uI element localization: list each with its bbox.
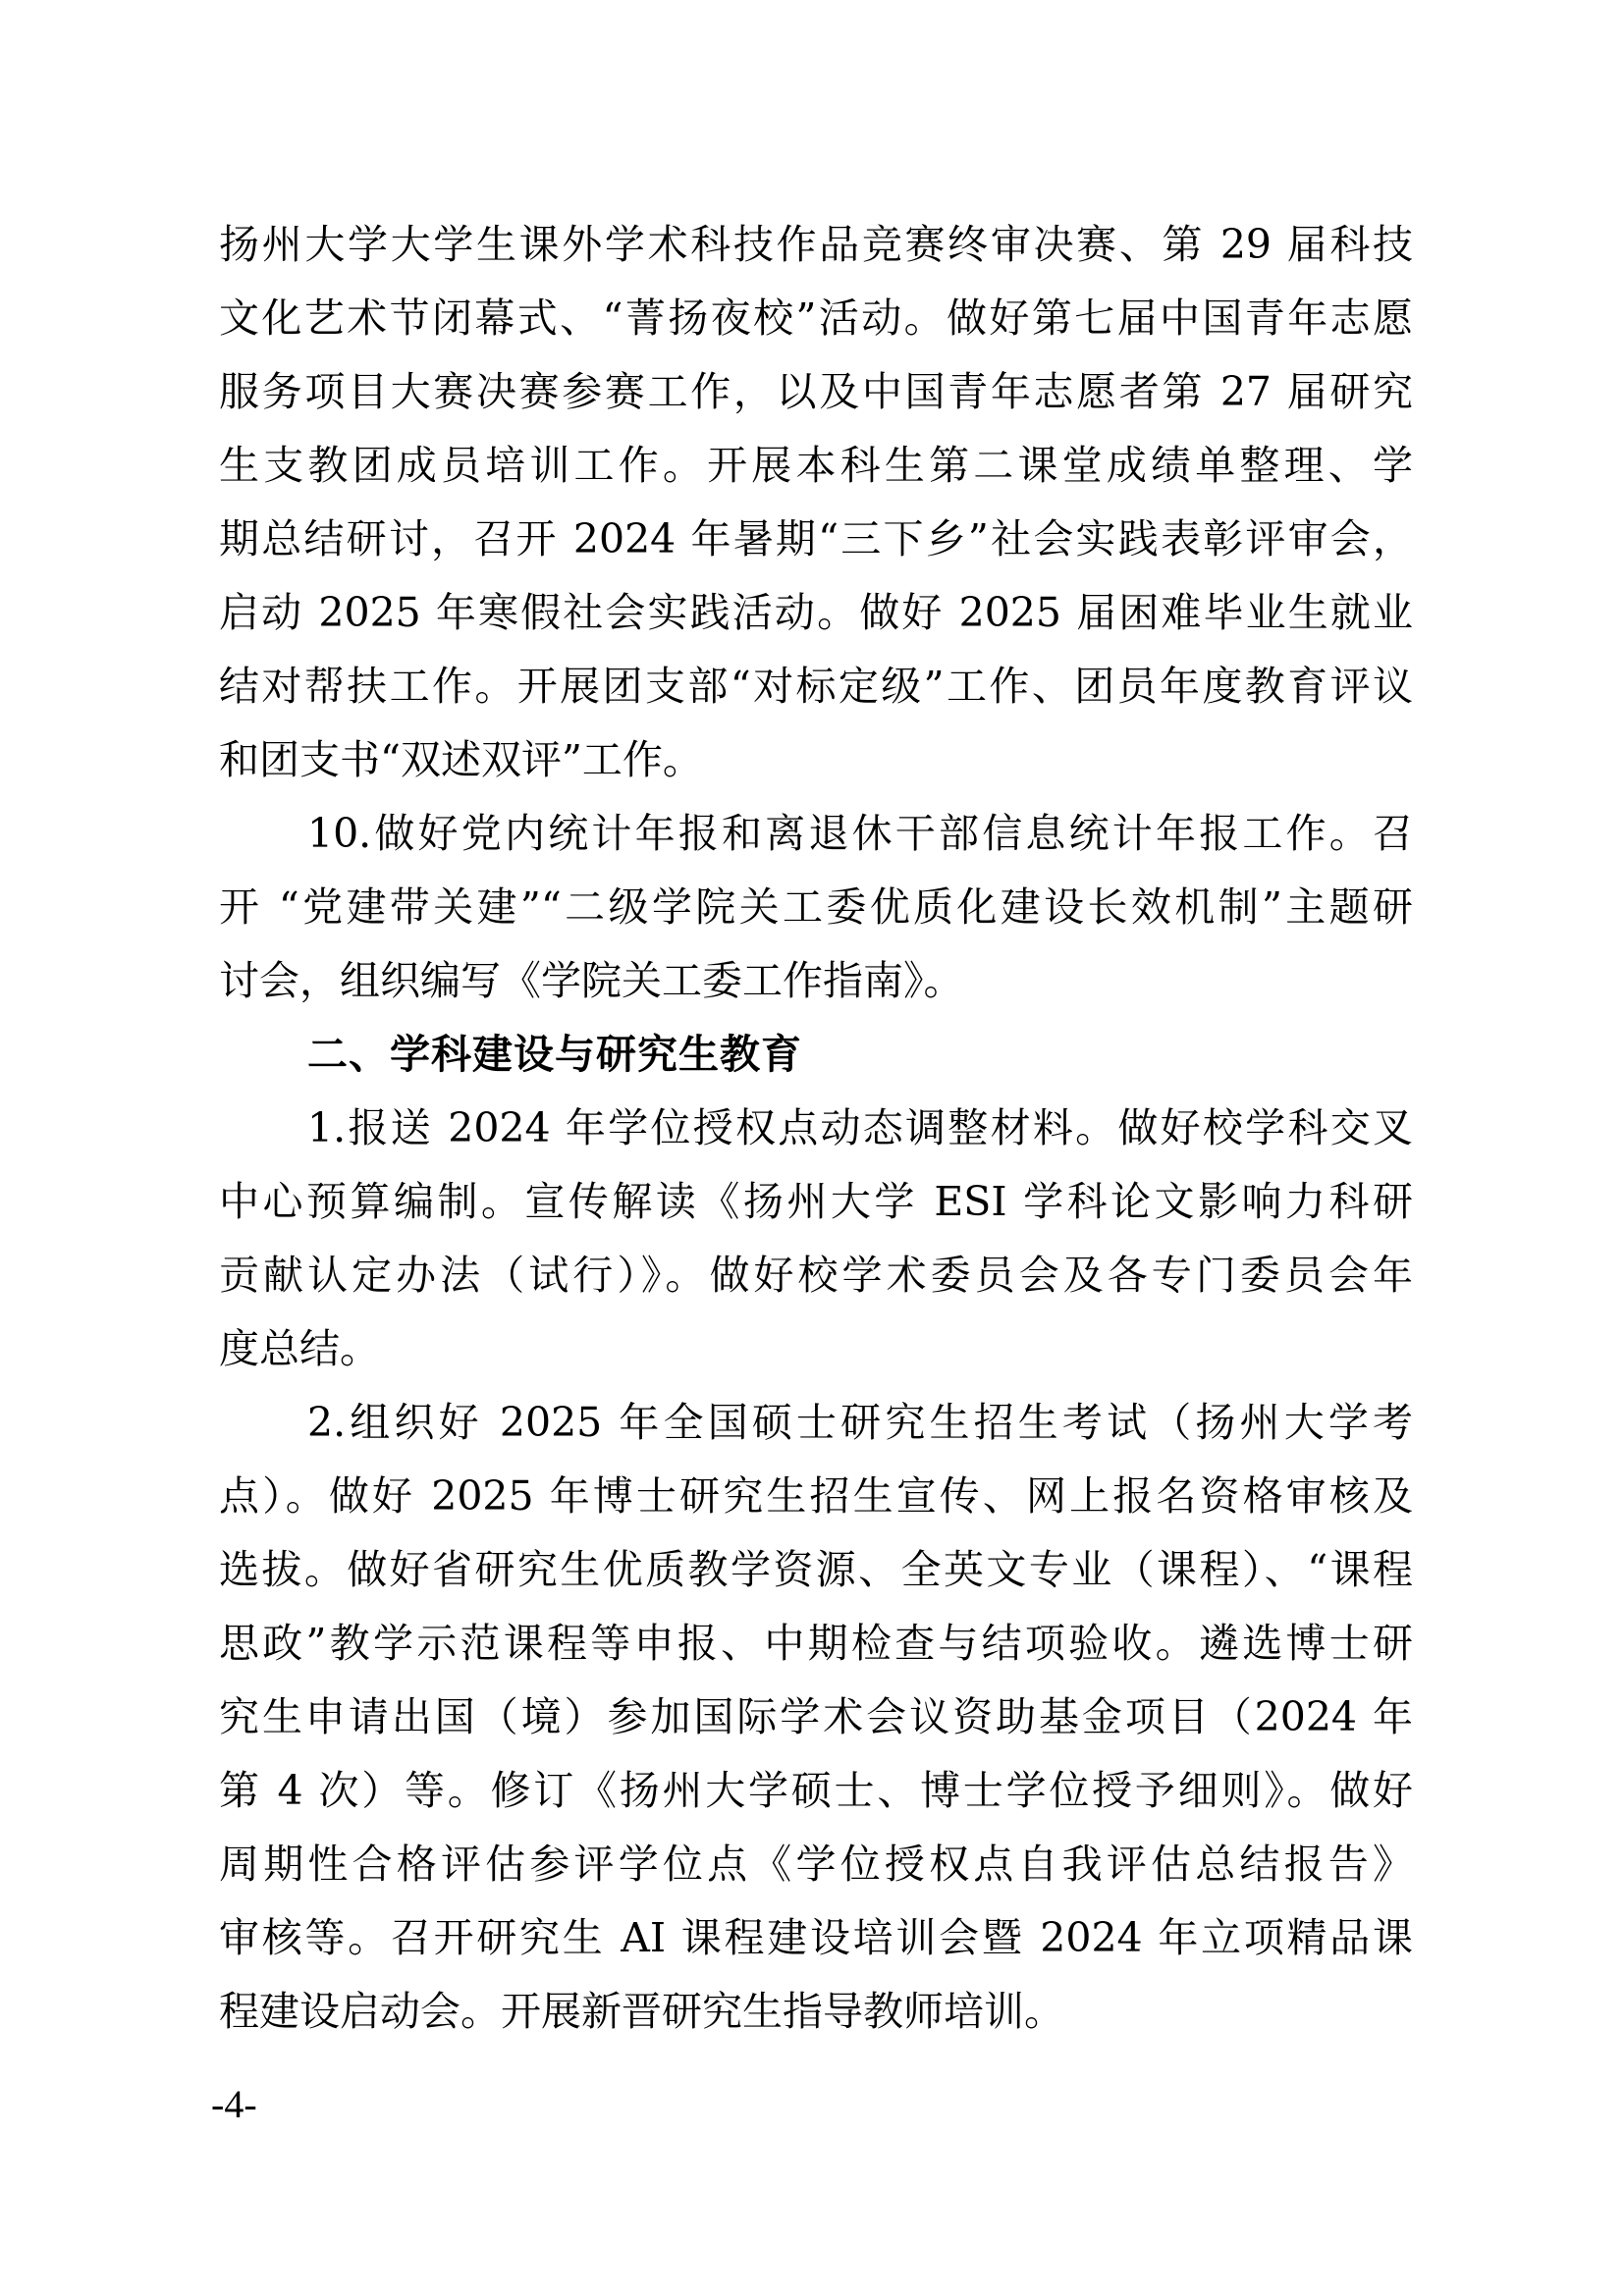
text-line: 和团支书“双述双评”工作。 <box>219 730 703 789</box>
text-line: 程建设启动会。开展新晋研究生指导教师培训。 <box>219 1982 1064 2041</box>
text-line: 1.报送 2024 年学位授权点动态调整材料。做好校学科交叉 <box>307 1098 1413 1157</box>
text-line: 度总结。 <box>219 1319 380 1378</box>
text-line: 思政”教学示范课程等申报、中期检查与结项验收。遴选博士研 <box>219 1614 1413 1673</box>
text-line: 服务项目大赛决赛参赛工作，以及中国青年志愿者第 27 届研究 <box>219 362 1413 421</box>
text-line: 10.做好党内统计年报和离退休干部信息统计年报工作。召 <box>307 804 1413 863</box>
text-line: 扬州大学大学生课外学术科技作品竞赛终审决赛、第 29 届科技 <box>219 215 1413 274</box>
text-line: 文化艺术节闭幕式、“菁扬夜校”活动。做好第七届中国青年志愿 <box>219 289 1413 347</box>
document-page: 扬州大学大学生课外学术科技作品竞赛终审决赛、第 29 届科技 文化艺术节闭幕式、… <box>0 0 1624 2296</box>
text-line: 选拔。做好省研究生优质教学资源、全英文专业（课程）、“课程 <box>219 1540 1413 1599</box>
page-number: -4- <box>211 2081 257 2128</box>
text-line: 贡献认定办法（试行）》。做好校学术委员会及各专门委员会年 <box>219 1246 1413 1305</box>
text-line: 2.组织好 2025 年全国硕士研究生招生考试（扬州大学考 <box>307 1393 1413 1452</box>
section-heading: 二、学科建设与研究生教育 <box>307 1025 802 1084</box>
text-line: 开 “党建带关建”“二级学院关工委优质化建设长效机制”主题研 <box>219 878 1413 936</box>
text-line: 结对帮扶工作。开展团支部“对标定级”工作、团员年度教育评议 <box>219 657 1413 716</box>
text-line: 第 4 次）等。修订《扬州大学硕士、博士学位授予细则》。做好 <box>219 1761 1413 1820</box>
text-line: 启动 2025 年寒假社会实践活动。做好 2025 届困难毕业生就业 <box>219 583 1413 642</box>
text-line: 周期性合格评估参评学位点《学位授权点自我评估总结报告》 <box>219 1835 1413 1894</box>
text-line: 审核等。召开研究生 AI 课程建设培训会暨 2024 年立项精品课 <box>219 1908 1413 1967</box>
text-line: 讨会，组织编写《学院关工委工作指南》。 <box>219 951 964 1010</box>
text-line: 点）。做好 2025 年博士研究生招生宣传、网上报名资格审核及 <box>219 1467 1413 1525</box>
text-line: 中心预算编制。宣传解读《扬州大学 ESI 学科论文影响力科研 <box>219 1172 1413 1231</box>
text-line: 生支教团成员培训工作。开展本科生第二课堂成绩单整理、学 <box>219 436 1413 495</box>
text-line: 期总结研讨，召开 2024 年暑期“三下乡”社会实践表彰评审会， <box>219 509 1413 568</box>
text-line: 究生申请出国（境）参加国际学术会议资助基金项目（2024 年 <box>219 1687 1413 1746</box>
